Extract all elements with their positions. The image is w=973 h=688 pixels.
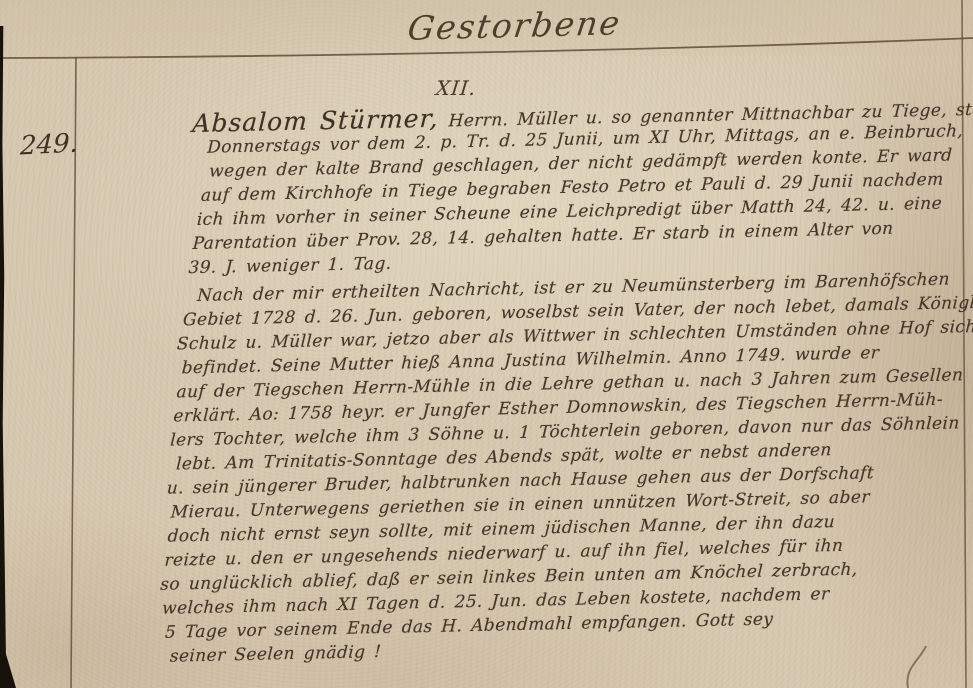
entry-text-block: Absalom Stürmer,Herrn. Müller u. so gena…	[166, 95, 973, 669]
register-page-scan: Gestorbene XII. 249. Absalom Stürmer,Her…	[0, 0, 973, 688]
entry-number: 249.	[20, 128, 79, 161]
section-numeral: XII.	[435, 76, 478, 100]
page-title-gestorbene: Gestorbene	[405, 3, 623, 48]
